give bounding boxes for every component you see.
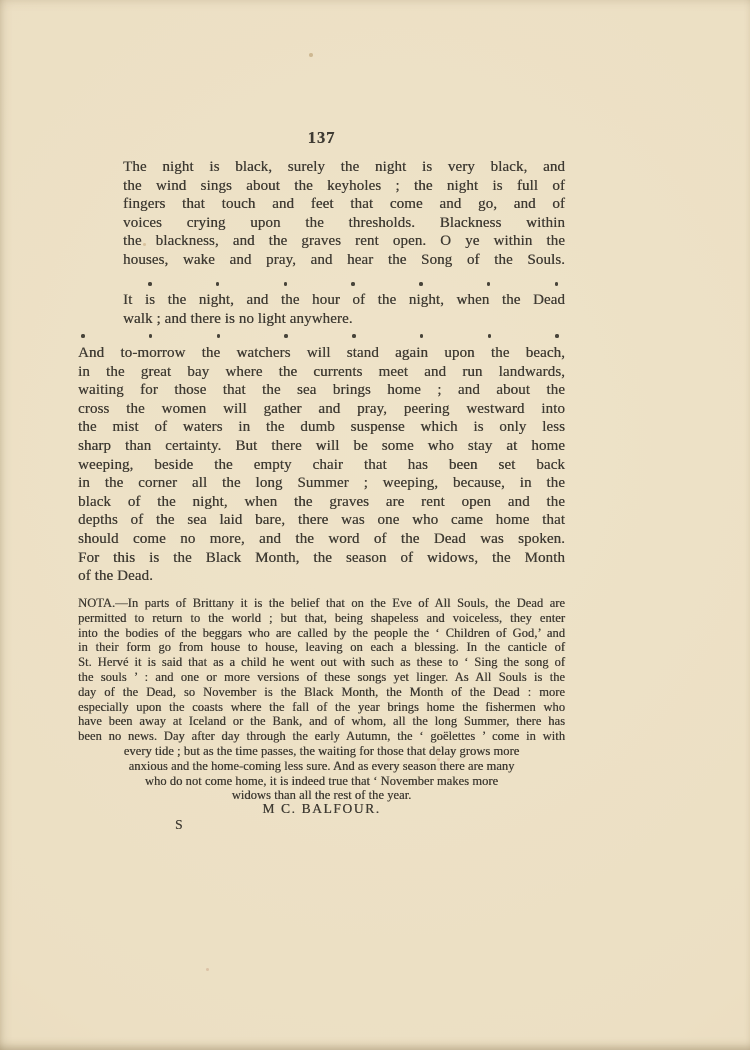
text-line: in the corner all the long Summer ; weep… xyxy=(78,474,565,493)
separator-dot xyxy=(351,282,355,286)
text-line: the blackness, and the graves rent open.… xyxy=(123,232,565,251)
text-line: of the Dead. xyxy=(78,567,565,586)
separator-dot xyxy=(81,334,85,338)
separator-dot xyxy=(217,334,221,338)
text-line: the souls ’ : and one or more versions o… xyxy=(78,670,565,685)
text-line: cross the women will gather and pray, pe… xyxy=(78,400,565,419)
text-line: weeping, beside the empty chair that has… xyxy=(78,456,565,475)
main-paragraph: And to-morrow the watchers will stand ag… xyxy=(78,344,565,586)
text-line: sharp than certainty. But there will be … xyxy=(78,437,565,456)
dot-separator-1 xyxy=(148,280,558,288)
text-line: NOTA.—In parts of Brittany it is the bel… xyxy=(78,596,565,611)
separator-dot xyxy=(420,334,424,338)
quote-paragraph-2: It is the night, and the hour of the nig… xyxy=(123,291,565,328)
text-block: 137 The night is black, surely the night… xyxy=(78,0,565,1050)
separator-dot xyxy=(148,282,152,286)
text-line: the wind sings about the keyholes ; the … xyxy=(123,177,565,196)
text-line: And to-morrow the watchers will stand ag… xyxy=(78,344,565,363)
text-line: permitted to return to the world ; but t… xyxy=(78,611,565,626)
nota-footnote: NOTA.—In parts of Brittany it is the bel… xyxy=(78,596,565,803)
text-line: waiting for those that the sea brings ho… xyxy=(78,381,565,400)
text-line: who do not come home, it is indeed true … xyxy=(78,774,565,789)
separator-dot xyxy=(284,282,288,286)
separator-dot xyxy=(419,282,423,286)
text-line: houses, wake and pray, and hear the Song… xyxy=(123,251,565,270)
author-signature: M C. BALFOUR. xyxy=(78,801,565,817)
text-line: voices crying upon the thresholds. Black… xyxy=(123,214,565,233)
separator-dot xyxy=(487,282,491,286)
text-line: anxious and the home-coming less sure. A… xyxy=(78,759,565,774)
separator-dot xyxy=(555,282,559,286)
text-line: St. Hervé it is said that as a child he … xyxy=(78,655,565,670)
text-line: in the great bay where the currents meet… xyxy=(78,363,565,382)
text-line: should come no more, and the word of the… xyxy=(78,530,565,549)
text-line: the mist of waters in the dumb suspense … xyxy=(78,418,565,437)
text-line: especially upon the coasts where the fal… xyxy=(78,700,565,715)
separator-dot xyxy=(149,334,153,338)
text-line: depths of the sea laid bare, there was o… xyxy=(78,511,565,530)
text-line: For this is the Black Month, the season … xyxy=(78,549,565,568)
text-line: been no news. Day after day through the … xyxy=(78,729,565,744)
text-line: have been away at Iceland or the Bank, a… xyxy=(78,714,565,729)
text-line: black of the night, when the graves are … xyxy=(78,493,565,512)
text-line: in their form go from house to house, le… xyxy=(78,640,565,655)
printers-signature-mark: S xyxy=(175,817,183,833)
text-line: day of the Dead, so November is the Blac… xyxy=(78,685,565,700)
separator-dot xyxy=(216,282,220,286)
separator-dot xyxy=(555,334,559,338)
text-line: The night is black, surely the night is … xyxy=(123,158,565,177)
text-line: fingers that touch and feet that come an… xyxy=(123,195,565,214)
dot-separator-2 xyxy=(81,332,559,340)
separator-dot xyxy=(352,334,356,338)
text-line: into the bodies of the beggars who are c… xyxy=(78,626,565,641)
page-number: 137 xyxy=(78,128,565,148)
text-line: It is the night, and the hour of the nig… xyxy=(123,291,565,310)
quote-paragraph-1: The night is black, surely the night is … xyxy=(123,158,565,270)
separator-dot xyxy=(284,334,288,338)
text-line: walk ; and there is no light anywhere. xyxy=(123,310,565,329)
separator-dot xyxy=(488,334,492,338)
book-page: 137 The night is black, surely the night… xyxy=(0,0,750,1050)
text-line: every tide ; but as the time passes, the… xyxy=(78,744,565,759)
